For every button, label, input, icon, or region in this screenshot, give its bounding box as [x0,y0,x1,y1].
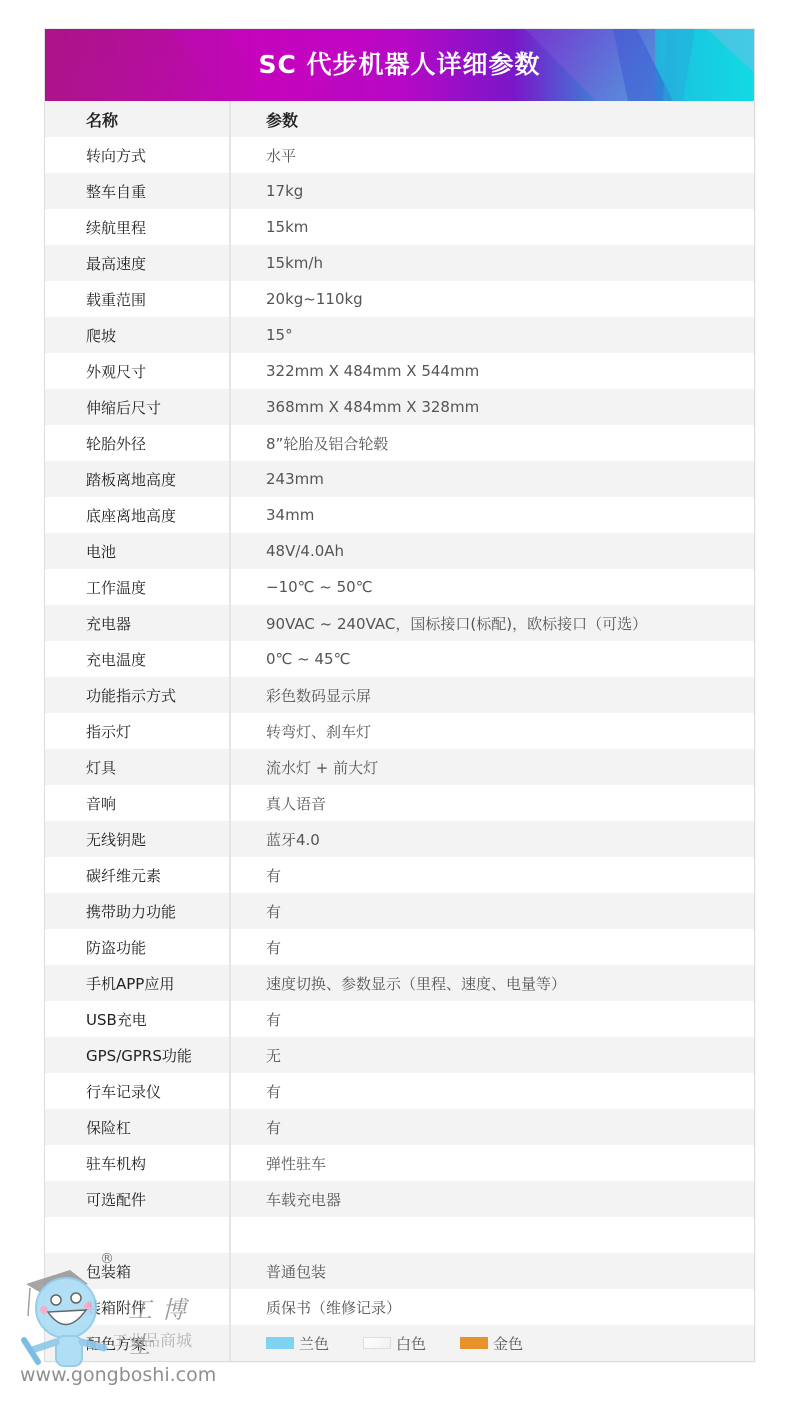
color-label: 白色 [396,1333,426,1354]
page-title: SC 代步机器人详细参数 [45,29,754,101]
spec-value: 有 [230,929,754,965]
color-swatch-icon [363,1337,391,1349]
spec-value: 有 [230,1001,754,1037]
table-row: 包装箱普通包装 [45,1253,754,1289]
spec-value: 0℃ ~ 45℃ [230,641,754,677]
table-row: GPS/GPRS功能无 [45,1037,754,1073]
spec-name: 充电器 [45,605,230,641]
spec-name [45,1217,230,1253]
spec-value: 蓝牙4.0 [230,821,754,857]
table-row-color-scheme: 配色方案兰色白色金色 [45,1325,754,1361]
spec-name: 外观尺寸 [45,353,230,389]
column-header-value: 参数 [230,101,754,137]
spec-value: 弹性驻车 [230,1145,754,1181]
table-row: 指示灯转弯灯、刹车灯 [45,713,754,749]
spec-value: 有 [230,893,754,929]
table-row: 保险杠有 [45,1109,754,1145]
spec-name: 防盗功能 [45,929,230,965]
spec-value: 20kg~110kg [230,281,754,317]
table-row: 最高速度15km/h [45,245,754,281]
table-row: 爬坡15° [45,317,754,353]
spec-name: 续航里程 [45,209,230,245]
spec-name: 装箱附件 [45,1289,230,1325]
table-row: 音响真人语音 [45,785,754,821]
color-option: 白色 [363,1333,426,1354]
table-header-row: 名称 参数 [45,101,754,137]
table-row: 防盗功能有 [45,929,754,965]
table-row: 功能指示方式彩色数码显示屏 [45,677,754,713]
table-row: 续航里程15km [45,209,754,245]
spec-name: 功能指示方式 [45,677,230,713]
spec-value: 48V/4.0Ah [230,533,754,569]
table-row: USB充电有 [45,1001,754,1037]
table-row: 无线钥匙蓝牙4.0 [45,821,754,857]
table-row: 装箱附件质保书（维修记录） [45,1289,754,1325]
spec-value: 368mm X 484mm X 328mm [230,389,754,425]
spec-name: GPS/GPRS功能 [45,1037,230,1073]
spec-value: 速度切换、参数显示（里程、速度、电量等） [230,965,754,1001]
spec-table: 名称 参数 转向方式水平整车自重17kg续航里程15km最高速度15km/h载重… [45,101,754,1361]
table-row: 行车记录仪有 [45,1073,754,1109]
table-row: 底座离地高度34mm [45,497,754,533]
spec-value: 243mm [230,461,754,497]
spec-name: 工作温度 [45,569,230,605]
spec-name: 携带助力功能 [45,893,230,929]
spec-name: 载重范围 [45,281,230,317]
spec-value: 普通包装 [230,1253,754,1289]
spec-value: 15km/h [230,245,754,281]
spec-value: 水平 [230,137,754,173]
spec-name: 轮胎外径 [45,425,230,461]
table-row: 载重范围20kg~110kg [45,281,754,317]
spec-name: 踏板离地高度 [45,461,230,497]
spec-name: 保险杠 [45,1109,230,1145]
spec-name: USB充电 [45,1001,230,1037]
table-row: 碳纤维元素有 [45,857,754,893]
color-options: 兰色白色金色 [230,1325,754,1361]
spec-value: −10℃ ~ 50℃ [230,569,754,605]
table-row: 充电温度0℃ ~ 45℃ [45,641,754,677]
spec-name: 灯具 [45,749,230,785]
table-row: 电池48V/4.0Ah [45,533,754,569]
spec-name: 碳纤维元素 [45,857,230,893]
spec-value: 真人语音 [230,785,754,821]
title-banner: SC 代步机器人详细参数 [45,29,754,101]
spec-name: 手机APP应用 [45,965,230,1001]
spec-value: 15km [230,209,754,245]
spec-name: 驻车机构 [45,1145,230,1181]
spec-value: 质保书（维修记录） [230,1289,754,1325]
spec-value: 有 [230,857,754,893]
spec-name: 爬坡 [45,317,230,353]
spec-name: 音响 [45,785,230,821]
spec-name: 可选配件 [45,1181,230,1217]
spec-value: 17kg [230,173,754,209]
spec-name: 无线钥匙 [45,821,230,857]
color-label: 金色 [493,1333,523,1354]
table-row: 充电器90VAC ~ 240VAC，国标接口(标配)，欧标接口（可选） [45,605,754,641]
spec-name: 行车记录仪 [45,1073,230,1109]
table-row: 手机APP应用速度切换、参数显示（里程、速度、电量等） [45,965,754,1001]
spec-value: 15° [230,317,754,353]
spec-sheet: SC 代步机器人详细参数 名称 参数 转向方式水平整车自重17kg续航里程15k… [44,28,755,1362]
table-row [45,1217,754,1253]
spec-name: 整车自重 [45,173,230,209]
spec-value: 有 [230,1109,754,1145]
spec-name: 配色方案 [45,1325,230,1361]
spec-value: 车载充电器 [230,1181,754,1217]
spec-name: 指示灯 [45,713,230,749]
spec-value [230,1217,754,1253]
spec-name: 转向方式 [45,137,230,173]
spec-name: 充电温度 [45,641,230,677]
color-swatch-icon [266,1337,294,1349]
watermark-url: www.gongboshi.com [20,1364,216,1386]
spec-value: 有 [230,1073,754,1109]
spec-name: 最高速度 [45,245,230,281]
spec-name: 电池 [45,533,230,569]
spec-name: 伸缩后尺寸 [45,389,230,425]
spec-value: 34mm [230,497,754,533]
table-row: 踏板离地高度243mm [45,461,754,497]
spec-name: 底座离地高度 [45,497,230,533]
table-row: 整车自重17kg [45,173,754,209]
spec-value: 无 [230,1037,754,1073]
color-option: 兰色 [266,1333,329,1354]
table-row: 驻车机构弹性驻车 [45,1145,754,1181]
spec-value: 8”轮胎及铝合轮毂 [230,425,754,461]
color-swatch-icon [460,1337,488,1349]
table-row: 伸缩后尺寸368mm X 484mm X 328mm [45,389,754,425]
spec-value: 彩色数码显示屏 [230,677,754,713]
spec-value: 流水灯 + 前大灯 [230,749,754,785]
spec-name: 包装箱 [45,1253,230,1289]
table-row: 转向方式水平 [45,137,754,173]
table-row: 携带助力功能有 [45,893,754,929]
table-row: 灯具流水灯 + 前大灯 [45,749,754,785]
table-row: 可选配件车载充电器 [45,1181,754,1217]
spec-value: 转弯灯、刹车灯 [230,713,754,749]
table-row: 外观尺寸322mm X 484mm X 544mm [45,353,754,389]
spec-value: 90VAC ~ 240VAC，国标接口(标配)，欧标接口（可选） [230,605,754,641]
color-option: 金色 [460,1333,523,1354]
spec-value: 322mm X 484mm X 544mm [230,353,754,389]
color-label: 兰色 [299,1333,329,1354]
column-header-name: 名称 [45,101,230,137]
table-row: 轮胎外径8”轮胎及铝合轮毂 [45,425,754,461]
table-row: 工作温度−10℃ ~ 50℃ [45,569,754,605]
